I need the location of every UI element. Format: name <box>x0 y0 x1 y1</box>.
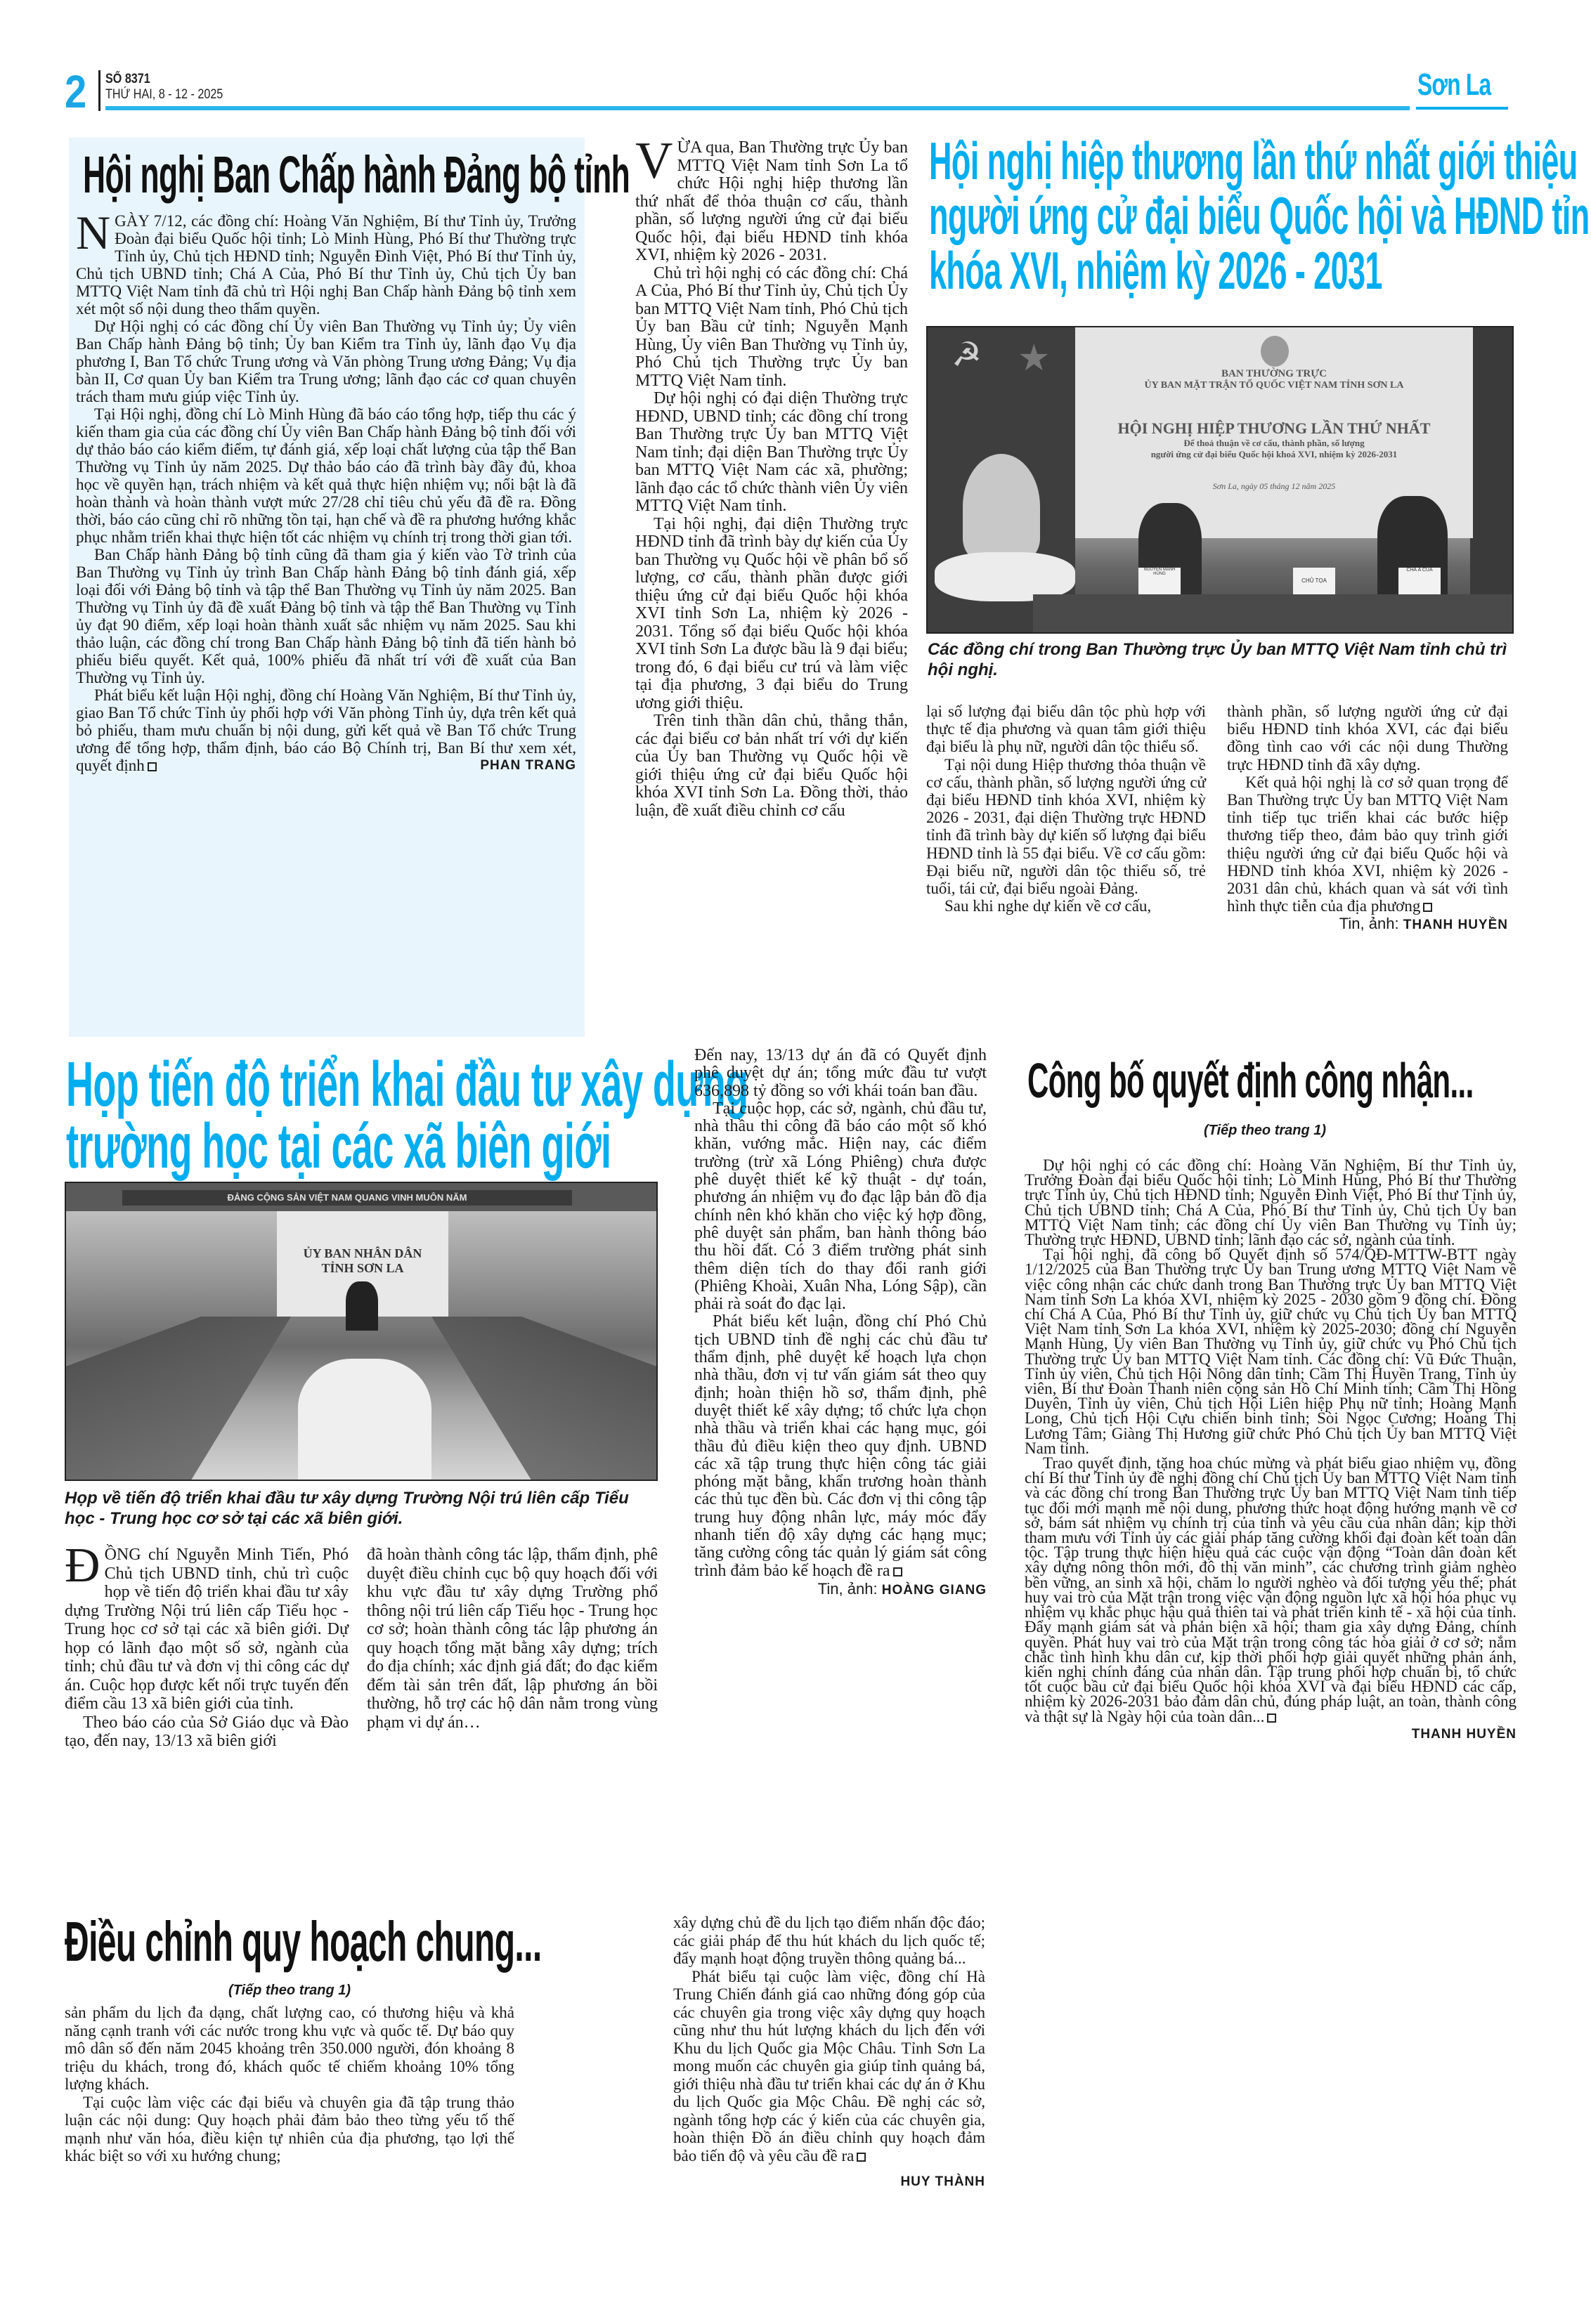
article-schools-title: Họp tiến độ triển khai đầu tư xây dựng t… <box>66 1054 748 1177</box>
byline: HOÀNG GIANG <box>882 1583 987 1598</box>
paragraph: Theo báo cáo của Sở Giáo dục và Đào tạo,… <box>65 1713 349 1751</box>
issue-info: SỐ 8371 THỨ HAI, 8 - 12 - 2025 <box>105 72 223 103</box>
article-party-body: NGÀY 7/12, các đồng chí: Hoàng Văn Nghiệ… <box>76 212 576 774</box>
star-icon: ★ <box>1018 341 1053 377</box>
paragraph: Trao quyết định, tặng hoa chúc mừng và p… <box>1025 1456 1517 1724</box>
dropcap: V <box>635 141 673 181</box>
masthead-rule <box>105 106 1410 110</box>
paragraph: Sau khi nghe dự kiến về cơ cấu, <box>926 897 1206 915</box>
continued-note: (Tiếp theo trang 1) <box>65 1983 514 1999</box>
paragraph: Tại hội nghị, đã công bố Quyết định số 5… <box>1025 1247 1517 1456</box>
paragraph: Trên tinh thần dân chủ, thẳng thắn, các … <box>635 712 908 820</box>
article-party-title: Hội nghị Ban Chấp hành Đảng bộ tỉnh <box>83 148 630 202</box>
section-name: Sơn La <box>1417 67 1491 103</box>
paragraph: Tại cuộc làm việc các đại biểu và chuyên… <box>65 2094 514 2165</box>
paragraph: Tại Hội nghị, đồng chí Lò Minh Hùng đã b… <box>76 405 576 546</box>
photo-caption: Họp về tiến độ triển khai đầu tư xây dựn… <box>65 1488 662 1529</box>
section-underline <box>1416 107 1508 110</box>
conference-table-left <box>66 1317 291 1481</box>
dropcap: N <box>76 214 110 252</box>
paragraph: Dự Hội nghị có các đồng chí Ủy viên Ban … <box>76 318 576 405</box>
paragraph: đã hoàn thành công tác lập, thẩm định, p… <box>367 1546 658 1732</box>
article-schools-col1: ĐỒNG chí Nguyễn Minh Tiến, Phó Chủ tịch … <box>65 1546 349 1751</box>
paragraph: Phát biểu kết luận Hội nghị, đồng chí Ho… <box>76 686 576 774</box>
dropcap: Đ <box>65 1547 100 1585</box>
nameplate-left: NGUYỄN MẠNH HÙNG <box>1138 568 1181 594</box>
paragraph: lại số lượng đại biểu dân tộc phù hợp vớ… <box>926 703 1206 756</box>
paragraph: Tại nội dung Hiệp thương thỏa thuận về c… <box>926 756 1206 898</box>
photo-credit: Tin, ảnh: THANH HUYỀN <box>1227 915 1508 933</box>
bust <box>963 454 1040 559</box>
table <box>1033 594 1514 634</box>
byline: THANH HUYỀN <box>1025 1727 1517 1742</box>
conference-table-right <box>431 1317 656 1481</box>
banner: ĐẢNG CỘNG SẢN VIỆT NAM QUANG VINH MUÔN N… <box>122 1190 572 1206</box>
end-mark-icon <box>1423 903 1432 912</box>
article-planning-col1: sản phẩm du lịch đa dạng, chất lượng cao… <box>65 2004 514 2165</box>
article-decision-title: Công bố quyết định công nhận... <box>1027 1055 1474 1107</box>
article-schools-col3: Đến nay, 13/13 dự án đã có Quyết định ph… <box>694 1047 987 1598</box>
paragraph: thành phần, số lượng người ứng cử đại bi… <box>1227 703 1508 773</box>
byline: THANH HUYỀN <box>1403 918 1508 932</box>
article-planning-title: Điều chỉnh quy hoạch chung... <box>65 1912 542 1971</box>
emblem-icon <box>1261 336 1289 367</box>
issue-date: THỨ HAI, 8 - 12 - 2025 <box>105 87 223 103</box>
article-decision-body: Dự hội nghị có các đồng chí: Hoàng Văn N… <box>1025 1158 1517 1742</box>
masthead-divider <box>98 70 100 111</box>
article-planning-col2: xây dựng chủ đề du lịch tạo điểm nhấn độ… <box>673 1914 985 2190</box>
paragraph: Phát biểu kết luận, đồng chí Phó Chủ tịc… <box>694 1313 987 1579</box>
paragraph: Tại hội nghị, đại diện Thường trực HĐND … <box>635 516 908 713</box>
paragraph: Kết quả hội nghị là cơ sở quan trọng để … <box>1227 773 1508 915</box>
paragraph: Tại cuộc họp, các sở, ngành, chủ đầu tư,… <box>694 1100 987 1314</box>
nameplate-right: CHÁ A CỦA <box>1398 568 1441 594</box>
byline: HUY THÀNH <box>673 2174 985 2190</box>
photo-credit: Tin, ảnh: HOÀNG GIANG <box>694 1580 987 1598</box>
paragraph: Ban Chấp hành Đảng bộ tỉnh cũng đã tham … <box>76 546 576 686</box>
end-mark-icon <box>893 1567 902 1576</box>
end-mark-icon <box>857 2153 866 2162</box>
article-mttq-col2: lại số lượng đại biểu dân tộc phù hợp vớ… <box>926 703 1206 915</box>
continued-note: (Tiếp theo trang 1) <box>1012 1123 1518 1139</box>
person <box>346 1281 378 1331</box>
hammer-sickle-icon: ☭ <box>952 336 987 375</box>
byline: PHAN TRANG <box>462 757 576 774</box>
paragraph: sản phẩm du lịch đa dạng, chất lượng cao… <box>65 2004 514 2094</box>
nameplate-center: CHỦ TỌA <box>1293 568 1335 594</box>
article-mttq-col3: thành phần, số lượng người ứng cử đại bi… <box>1227 703 1508 933</box>
article-schools-col2: đã hoàn thành công tác lập, thẩm định, p… <box>367 1546 658 1732</box>
conference-photo: ☭ ★ BAN THƯỜNG TRỰC ỦY BAN MẶT TRẬN TỔ Q… <box>926 326 1514 634</box>
page-number: 2 <box>65 70 86 112</box>
flowers <box>298 1359 431 1481</box>
issue-number: SỐ 8371 <box>105 72 150 86</box>
paragraph: Dự hội nghị có đại diện Thường trực HĐND… <box>635 390 908 516</box>
article-mttq-col1: VỪA qua, Ban Thường trực Ủy ban MTTQ Việ… <box>635 139 908 820</box>
paragraph: Chủ trì hội nghị có các đồng chí: Chá A … <box>635 265 908 391</box>
end-mark-icon <box>1267 1713 1276 1723</box>
article-mttq-title: Hội nghị hiệp thương lần thứ nhất giới t… <box>929 133 1591 298</box>
paragraph: xây dựng chủ đề du lịch tạo điểm nhấn độ… <box>673 1914 985 1968</box>
meeting-photo: ĐẢNG CỘNG SẢN VIỆT NAM QUANG VINH MUÔN N… <box>65 1182 658 1481</box>
paragraph: Dự hội nghị có các đồng chí: Hoàng Văn N… <box>1025 1158 1517 1247</box>
photo-caption: Các đồng chí trong Ban Thường trực Ủy ba… <box>928 639 1518 680</box>
paragraph: Phát biểu tại cuộc làm việc, đồng chí Hà… <box>673 1968 985 2165</box>
end-mark-icon <box>148 762 157 771</box>
paragraph: Đến nay, 13/13 dự án đã có Quyết định ph… <box>694 1047 987 1100</box>
